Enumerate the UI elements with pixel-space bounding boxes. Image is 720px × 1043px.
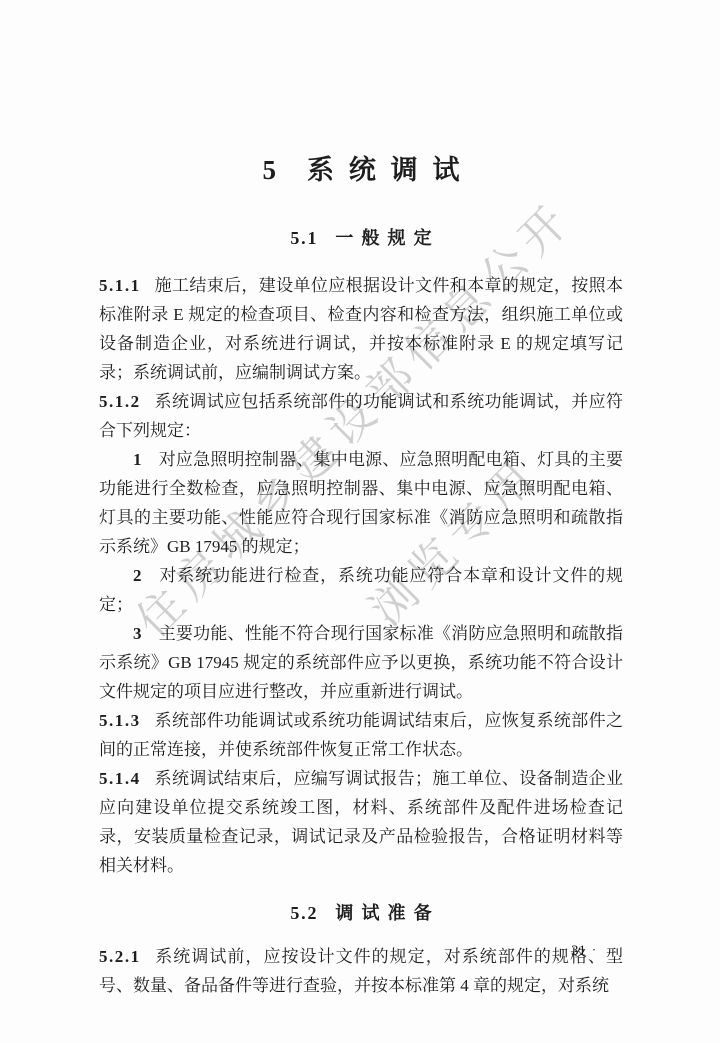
clause-5-2-1-text: 系统调试前，应按设计文件的规定，对系统部件的规格、型号、数量、备品备件等进行查验… xyxy=(99,947,623,995)
section-heading-5-1: 5.1一般规定 xyxy=(99,224,623,250)
page-number: 31 xyxy=(571,943,586,959)
section-5-2-body: 5.2.1系统调试前，应按设计文件的规定，对系统部件的规格、型号、数量、备品备件… xyxy=(99,942,623,1000)
section-5-1-number: 5.1 xyxy=(290,228,318,248)
clause-5-2-1-number: 5.2.1 xyxy=(99,947,141,966)
item-2-number: 2 xyxy=(133,566,142,585)
clause-5-1-4: 5.1.4系统调试结束后，应编写调试报告；施工单位、设备制造企业应向建设单位提交… xyxy=(99,764,623,880)
item-3-number: 3 xyxy=(133,624,142,643)
document-page: 住房城乡建设部信息公开 浏览专用 5系统调试 5.1一般规定 5.1.1施工结束… xyxy=(0,0,720,1043)
clause-5-1-3-text: 系统部件功能调试或系统功能调试结束后，应恢复系统部件之间的正常连接，并使系统部件… xyxy=(99,711,623,759)
item-2-text: 对系统功能进行检查，系统功能应符合本章和设计文件的规定； xyxy=(99,566,623,614)
item-1-number: 1 xyxy=(133,450,142,469)
footer-left-dot: · xyxy=(561,942,565,957)
section-5-1-body: 5.1.1施工结束后，建设单位应根据设计文件和本章的规定，按照本标准附录 E 规… xyxy=(99,271,623,880)
clause-5-1-2-number: 5.1.2 xyxy=(99,392,141,411)
clause-5-1-4-text: 系统调试结束后，应编写调试报告；施工单位、设备制造企业应向建设单位提交系统竣工图… xyxy=(99,769,623,875)
clause-5-1-2-item-2: 2对系统功能进行检查，系统功能应符合本章和设计文件的规定； xyxy=(99,561,623,619)
clause-5-1-2-item-1: 1对应急照明控制器、集中电源、应急照明配电箱、灯具的主要功能进行全数检查，应急照… xyxy=(99,445,623,561)
clause-5-1-2-text: 系统调试应包括系统部件的功能调试和系统功能调试，并应符合下列规定： xyxy=(99,392,623,440)
item-1-text: 对应急照明控制器、集中电源、应急照明配电箱、灯具的主要功能进行全数检查，应急照明… xyxy=(99,450,623,556)
clause-5-1-1-number: 5.1.1 xyxy=(99,276,141,295)
section-heading-5-2: 5.2调试准备 xyxy=(99,899,623,925)
section-5-2-title: 调试准备 xyxy=(335,903,439,923)
chapter-title: 5系统调试 xyxy=(99,0,623,187)
section-5-2-number: 5.2 xyxy=(290,903,318,923)
clause-5-1-3-number: 5.1.3 xyxy=(99,711,141,730)
clause-5-1-2: 5.1.2系统调试应包括系统部件的功能调试和系统功能调试，并应符合下列规定： xyxy=(99,387,623,445)
item-3-text: 主要功能、性能不符合现行国家标准《消防应急照明和疏散指示系统》GB 17945 … xyxy=(99,624,623,701)
chapter-title-text: 系统调试 xyxy=(307,155,474,185)
section-5-1-title: 一般规定 xyxy=(335,228,439,248)
footer-right-dot: · xyxy=(592,942,596,957)
chapter-number: 5 xyxy=(262,155,276,185)
clause-5-1-4-number: 5.1.4 xyxy=(99,769,141,788)
clause-5-1-1-text: 施工结束后，建设单位应根据设计文件和本章的规定，按照本标准附录 E 规定的检查项… xyxy=(99,276,623,382)
page-footer: ·31· xyxy=(555,942,602,960)
clause-5-1-2-item-3: 3主要功能、性能不符合现行国家标准《消防应急照明和疏散指示系统》GB 17945… xyxy=(99,619,623,706)
clause-5-1-1: 5.1.1施工结束后，建设单位应根据设计文件和本章的规定，按照本标准附录 E 规… xyxy=(99,271,623,387)
clause-5-1-3: 5.1.3系统部件功能调试或系统功能调试结束后，应恢复系统部件之间的正常连接，并… xyxy=(99,706,623,764)
page-content: 5系统调试 5.1一般规定 5.1.1施工结束后，建设单位应根据设计文件和本章的… xyxy=(99,0,623,1000)
clause-5-2-1: 5.2.1系统调试前，应按设计文件的规定，对系统部件的规格、型号、数量、备品备件… xyxy=(99,942,623,1000)
